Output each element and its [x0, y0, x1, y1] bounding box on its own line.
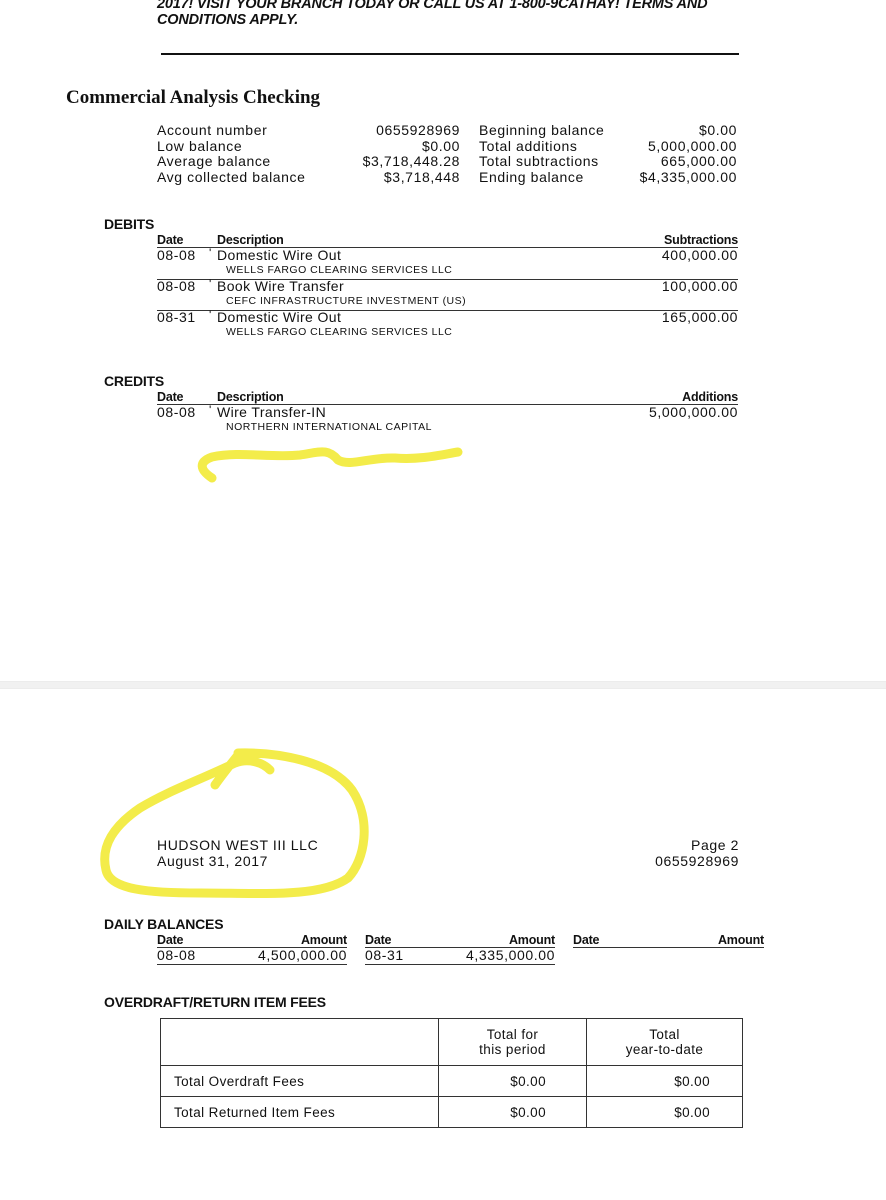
balance-amount: 4,335,000.00 — [466, 947, 555, 963]
fees-col-period-line2: this period — [439, 1042, 586, 1057]
col-amount: Amount — [718, 933, 764, 947]
fees-heading: OVERDRAFT/RETURN ITEM FEES — [104, 994, 326, 1010]
daily-balance-headers: Date Amount — [157, 933, 347, 947]
tick-mark: ' — [209, 277, 211, 291]
col-date: Date — [157, 933, 183, 947]
summary-label: Beginning balance — [479, 123, 604, 139]
divider — [157, 964, 347, 965]
balance-amount: 4,500,000.00 — [258, 947, 347, 963]
daily-balance-headers: Date Amount — [573, 933, 764, 947]
fee-ytd-value: $0.00 — [587, 1066, 743, 1097]
statement-header-left: HUDSON WEST III LLC August 31, 2017 — [157, 838, 318, 869]
credit-date: 08-08 — [157, 404, 196, 420]
promo-notice: 2017! VISIT YOUR BRANCH TODAY OR CALL US… — [157, 0, 757, 28]
debit-description: Domestic Wire Out — [217, 309, 341, 325]
debit-description: Book Wire Transfer — [217, 278, 344, 294]
page-number: Page 2 — [600, 838, 739, 854]
col-amount: Amount — [301, 933, 347, 947]
beginning-balance-value: $0.00 — [600, 123, 737, 139]
fees-col-period-line1: Total for — [439, 1027, 586, 1042]
fee-period-value: $0.00 — [439, 1066, 587, 1097]
credit-amount: 5,000,000.00 — [649, 404, 738, 420]
daily-balances-heading: DAILY BALANCES — [104, 916, 223, 932]
summary-label: Total additions — [479, 139, 604, 155]
ending-balance-value: $4,335,000.00 — [600, 170, 737, 186]
account-number: 0655928969 — [600, 854, 739, 870]
debit-counterparty: WELLS FARGO CLEARING SERVICES LLC — [226, 326, 452, 338]
page-break — [0, 681, 886, 689]
tick-mark: ' — [209, 308, 211, 322]
summary-label: Avg collected balance — [157, 170, 306, 186]
divider — [161, 53, 739, 55]
debit-date: 08-31 — [157, 309, 196, 325]
summary-label: Account number — [157, 123, 306, 139]
highlighter-circle — [105, 753, 364, 894]
debit-date: 08-08 — [157, 278, 196, 294]
fees-table: Total for this period Total year-to-date… — [160, 1018, 743, 1128]
average-balance-value: $3,718,448.28 — [340, 154, 460, 170]
account-section-title: Commercial Analysis Checking — [66, 87, 320, 109]
company-name: HUDSON WEST III LLC — [157, 838, 318, 854]
col-date: Date — [157, 390, 183, 404]
summary-left-labels: Account number Low balance Average balan… — [157, 123, 306, 185]
fees-row: Total Overdraft Fees $0.00 $0.00 — [161, 1066, 743, 1097]
fees-row: Total Returned Item Fees $0.00 $0.00 — [161, 1097, 743, 1128]
avg-collected-balance-value: $3,718,448 — [340, 170, 460, 186]
summary-label: Total subtractions — [479, 154, 604, 170]
fee-label: Total Overdraft Fees — [161, 1066, 439, 1097]
account-number-value: 0655928969 — [340, 123, 460, 139]
balance-date: 08-31 — [365, 947, 404, 963]
tick-mark: ' — [209, 246, 211, 260]
promo-notice-line-1: 2017! VISIT YOUR BRANCH TODAY OR CALL US… — [157, 0, 757, 12]
fees-col-period: Total for this period — [439, 1019, 587, 1066]
debits-heading: DEBITS — [104, 216, 154, 232]
col-date: Date — [157, 233, 183, 247]
statement-header-right: Page 2 0655928969 — [600, 838, 739, 869]
col-description: Description — [217, 233, 284, 247]
debit-counterparty: WELLS FARGO CLEARING SERVICES LLC — [226, 264, 452, 276]
highlighter-underline — [202, 452, 458, 478]
fee-label: Total Returned Item Fees — [161, 1097, 439, 1128]
tick-mark: ' — [209, 403, 211, 417]
credit-counterparty: NORTHERN INTERNATIONAL CAPITAL — [226, 421, 432, 433]
col-description: Description — [217, 390, 284, 404]
debit-amount: 100,000.00 — [662, 278, 738, 294]
col-additions: Additions — [682, 390, 738, 404]
fee-ytd-value: $0.00 — [587, 1097, 743, 1128]
col-date: Date — [365, 933, 391, 947]
summary-label: Low balance — [157, 139, 306, 155]
fees-header-row: Total for this period Total year-to-date — [161, 1019, 743, 1066]
fee-period-value: $0.00 — [439, 1097, 587, 1128]
fees-col-ytd-line2: year-to-date — [587, 1042, 742, 1057]
summary-left-values: 0655928969 $0.00 $3,718,448.28 $3,718,44… — [340, 123, 460, 185]
debit-amount: 400,000.00 — [662, 247, 738, 263]
low-balance-value: $0.00 — [340, 139, 460, 155]
fees-header-blank — [161, 1019, 439, 1066]
divider — [573, 947, 764, 948]
credit-description: Wire Transfer-IN — [217, 404, 326, 420]
col-amount: Amount — [509, 933, 555, 947]
debit-description: Domestic Wire Out — [217, 247, 341, 263]
col-date: Date — [573, 933, 599, 947]
summary-right-values: $0.00 5,000,000.00 665,000.00 $4,335,000… — [600, 123, 737, 185]
credits-heading: CREDITS — [104, 373, 164, 389]
debit-counterparty: CEFC INFRASTRUCTURE INVESTMENT (US) — [226, 295, 466, 307]
col-subtractions: Subtractions — [664, 233, 738, 247]
balance-date: 08-08 — [157, 947, 196, 963]
daily-balance-headers: Date Amount — [365, 933, 555, 947]
statement-date: August 31, 2017 — [157, 854, 318, 870]
promo-notice-line-2: CONDITIONS APPLY. — [157, 12, 757, 28]
divider — [365, 964, 555, 965]
fees-col-ytd-line1: Total — [587, 1027, 742, 1042]
summary-label: Ending balance — [479, 170, 604, 186]
total-additions-value: 5,000,000.00 — [600, 139, 737, 155]
fees-col-ytd: Total year-to-date — [587, 1019, 743, 1066]
summary-right-labels: Beginning balance Total additions Total … — [479, 123, 604, 185]
debit-amount: 165,000.00 — [662, 309, 738, 325]
total-subtractions-value: 665,000.00 — [600, 154, 737, 170]
summary-label: Average balance — [157, 154, 306, 170]
debit-date: 08-08 — [157, 247, 196, 263]
